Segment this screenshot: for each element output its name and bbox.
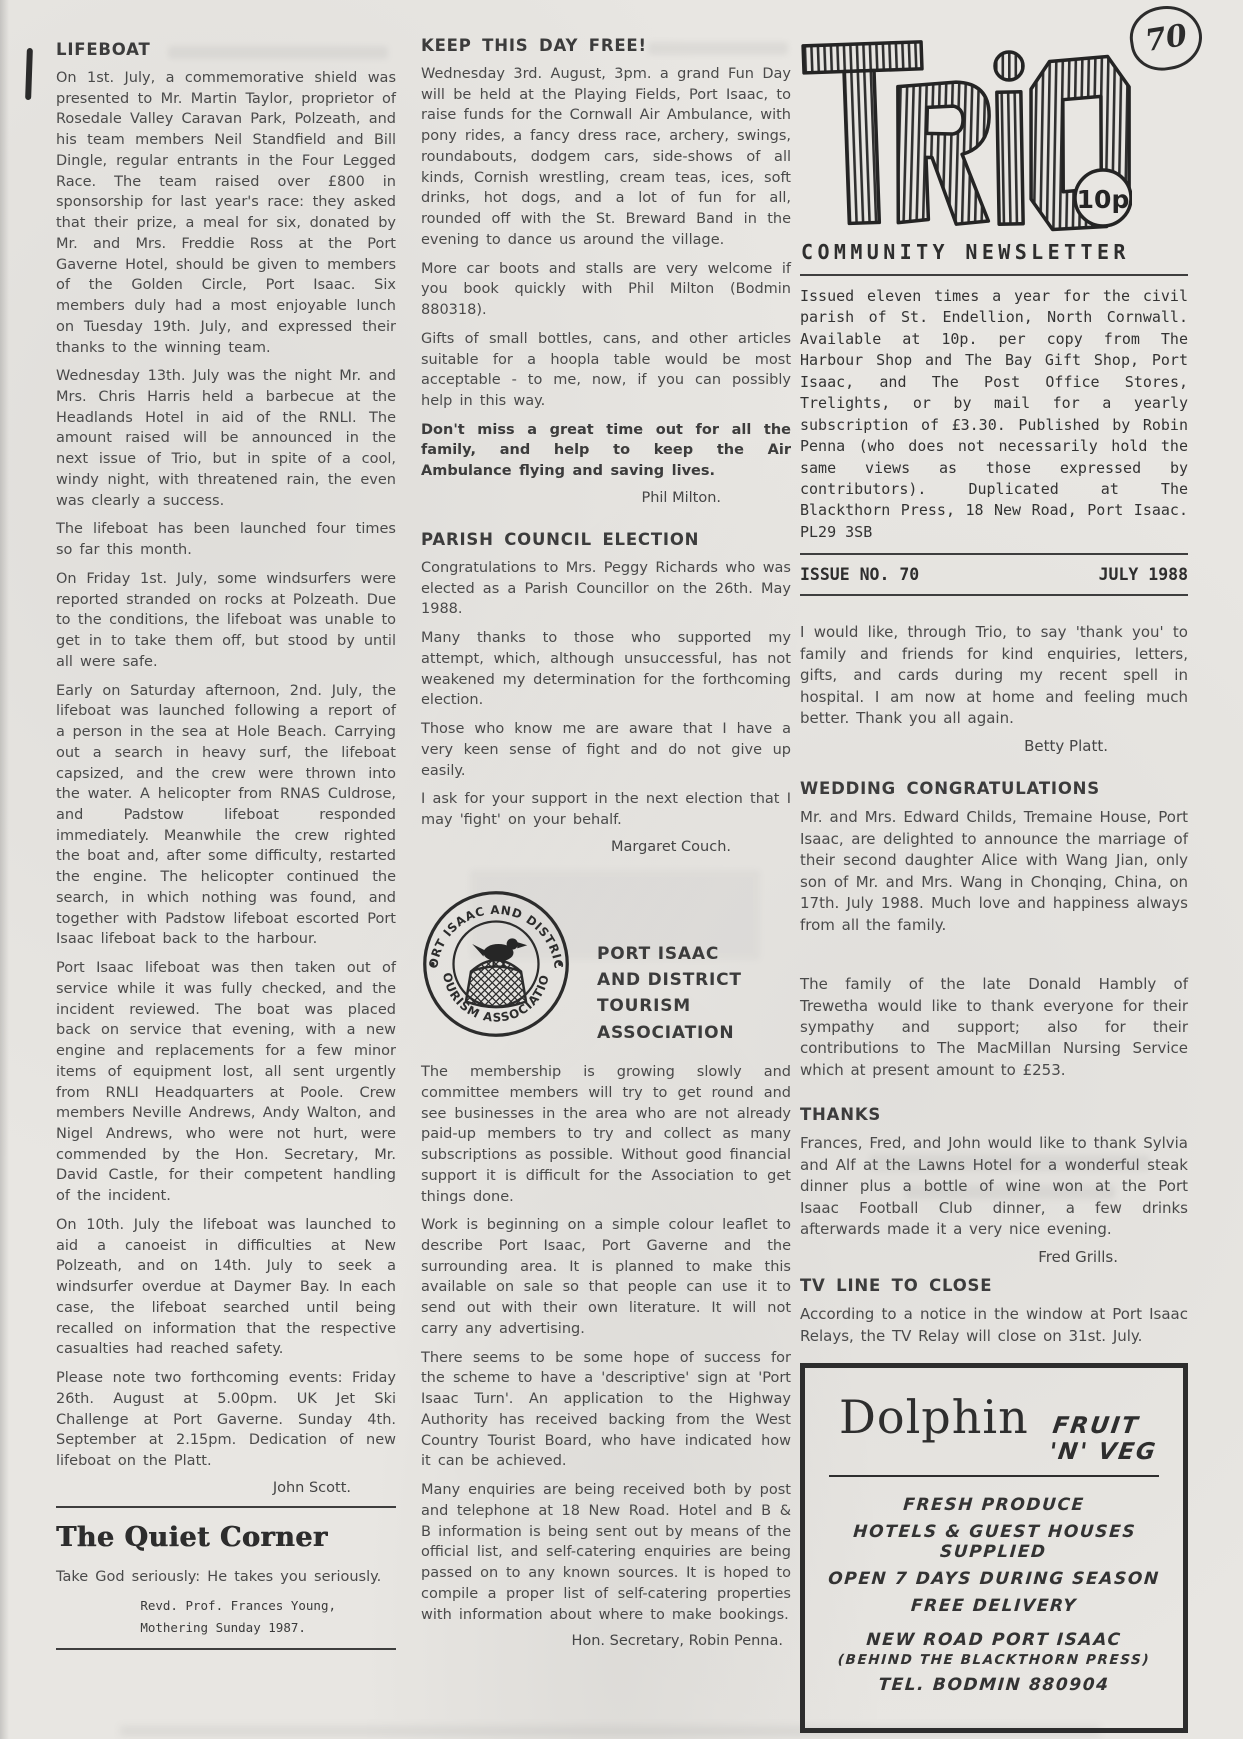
price-label: 10p bbox=[1077, 185, 1130, 214]
attribution-line: Mothering Sunday 1987. bbox=[140, 1617, 336, 1638]
tourism-association-title: PORT ISAAC AND DISTRICT TOURISM ASSOCIAT… bbox=[571, 889, 742, 1046]
paragraph: Those who know me are aware that I have … bbox=[421, 719, 791, 781]
tourism-logo-row: PORT ISAAC AND DISTRICT TOURISM ASSOCIAT… bbox=[421, 889, 791, 1046]
article-heading: KEEP THIS DAY FREE! bbox=[421, 36, 791, 55]
dolphin-advert: Dolphin FRUIT 'N' VEG FRESH PRODUCE HOTE… bbox=[800, 1363, 1188, 1733]
article-heading: WEDDING CONGRATULATIONS bbox=[800, 779, 1188, 798]
article-tourism-association: PORT ISAAC AND DISTRICT TOURISM ASSOCIAT… bbox=[421, 889, 791, 1649]
divider-rule bbox=[56, 1648, 396, 1650]
advert-title-row: Dolphin FRUIT 'N' VEG bbox=[823, 1394, 1165, 1465]
issue-date: JULY 1988 bbox=[1099, 565, 1188, 584]
ring-dot: • bbox=[429, 957, 437, 973]
paragraph: Wednesday 13th. July was the night Mr. a… bbox=[56, 366, 396, 511]
divider-rule bbox=[800, 553, 1188, 555]
signoff: Margaret Couch. bbox=[421, 839, 791, 855]
right-column: 10p COMMUNITY NEWSLETTER Issued eleven t… bbox=[800, 28, 1188, 1733]
advert-line: FREE DELIVERY bbox=[822, 1596, 1165, 1616]
article-hambly-thanks: The family of the late Donald Hambly of … bbox=[800, 974, 1188, 1081]
signoff: Fred Grills. bbox=[800, 1248, 1188, 1266]
paragraph: I would like, through Trio, to say 'than… bbox=[800, 622, 1188, 729]
article-heading: PARISH COUNCIL ELECTION bbox=[421, 530, 791, 549]
attribution-line: Revd. Prof. Frances Young, bbox=[140, 1595, 336, 1616]
divider-rule bbox=[800, 594, 1188, 596]
paragraph: Many enquiries are being received both b… bbox=[421, 1480, 791, 1625]
newsletter-page: { "page_number": "70", "masthead": { "lo… bbox=[0, 0, 1243, 1739]
article-tv-line: TV LINE TO CLOSE According to a notice i… bbox=[800, 1276, 1188, 1347]
paragraph: On 10th. July the lifeboat was launched … bbox=[56, 1215, 396, 1360]
bird-on-lobster-pot-icon bbox=[466, 938, 527, 1007]
quiet-corner-heading: The Quiet Corner bbox=[56, 1522, 396, 1553]
article-parish-council: PARISH COUNCIL ELECTION Congratulations … bbox=[421, 530, 791, 855]
imprint-text: Issued eleven times a year for the civil… bbox=[800, 286, 1188, 543]
article-heading: LIFEBOAT bbox=[56, 40, 396, 59]
advert-line: FRESH PRODUCE bbox=[822, 1495, 1165, 1515]
paragraph: More car boots and stalls are very welco… bbox=[421, 259, 791, 321]
paragraph: Many thanks to those who supported my at… bbox=[421, 628, 791, 711]
advert-line: NEW ROAD PORT ISAAC bbox=[822, 1630, 1165, 1650]
advert-line: TEL. BODMIN 880904 bbox=[822, 1675, 1165, 1695]
trio-logo: 10p bbox=[800, 28, 1132, 234]
paragraph: Gifts of small bottles, cans, and other … bbox=[421, 329, 791, 412]
advert-line: (BEHIND THE BLACKTHORN PRESS) bbox=[822, 1652, 1165, 1668]
paragraph: Work is beginning on a simple colour lea… bbox=[421, 1215, 791, 1339]
article-heading: TV LINE TO CLOSE bbox=[800, 1276, 1188, 1295]
paragraph-bold: Don't miss a great time out for all the … bbox=[421, 420, 791, 482]
paragraph: I ask for your support in the next elect… bbox=[421, 789, 791, 830]
article-wedding: WEDDING CONGRATULATIONS Mr. and Mrs. Edw… bbox=[800, 779, 1188, 936]
paragraph: On Friday 1st. July, some windsurfers we… bbox=[56, 569, 396, 673]
ring-dot: • bbox=[556, 957, 564, 973]
issue-line: ISSUE NO. 70 JULY 1988 bbox=[800, 565, 1188, 584]
article-heading: THANKS bbox=[800, 1105, 1188, 1124]
paragraph: According to a notice in the window at P… bbox=[800, 1304, 1188, 1347]
title-line: ASSOCIATION bbox=[597, 1020, 742, 1046]
paragraph: The membership is growing slowly and com… bbox=[421, 1062, 791, 1207]
advert-tagline: FRUIT 'N' VEG bbox=[1047, 1413, 1165, 1465]
article-keep-day-free: KEEP THIS DAY FREE! Wednesday 3rd. Augus… bbox=[421, 36, 791, 506]
title-line: AND DISTRICT bbox=[597, 967, 742, 993]
issue-number: ISSUE NO. 70 bbox=[800, 565, 919, 584]
letter-R bbox=[894, 81, 992, 225]
paragraph: Frances, Fred, and John would like to th… bbox=[800, 1133, 1188, 1240]
newsletter-subtitle: COMMUNITY NEWSLETTER bbox=[801, 240, 1188, 264]
divider-rule bbox=[829, 1475, 1159, 1477]
paragraph: The family of the late Donald Hambly of … bbox=[800, 974, 1188, 1081]
paragraph: There seems to be some hope of success f… bbox=[421, 1348, 791, 1472]
paragraph: The lifeboat has been launched four time… bbox=[56, 519, 396, 560]
title-line: PORT ISAAC bbox=[597, 941, 742, 967]
middle-column: KEEP THIS DAY FREE! Wednesday 3rd. Augus… bbox=[421, 36, 791, 1655]
paragraph: Please note two forthcoming events: Frid… bbox=[56, 1368, 396, 1472]
signoff: Betty Platt. bbox=[800, 737, 1188, 755]
article-lifeboat: LIFEBOAT On 1st. July, a commemorative s… bbox=[56, 40, 396, 1496]
signoff: Phil Milton. bbox=[421, 490, 791, 506]
paragraph: Congratulations to Mrs. Peggy Richards w… bbox=[421, 558, 791, 620]
masthead: 10p bbox=[800, 28, 1188, 234]
divider-rule bbox=[800, 274, 1188, 276]
paragraph: Port Isaac lifeboat was then taken out o… bbox=[56, 958, 396, 1207]
article-thank-you: I would like, through Trio, to say 'than… bbox=[800, 622, 1188, 755]
advert-business-name: Dolphin bbox=[839, 1394, 1029, 1440]
quiet-corner-attribution: Revd. Prof. Frances Young, Mothering Sun… bbox=[140, 1595, 336, 1638]
tourism-association-logo: PORT ISAAC AND DISTRICT TOURISM ASSOCIAT… bbox=[421, 889, 571, 1039]
paragraph: On 1st. July, a commemorative shield was… bbox=[56, 68, 396, 358]
pen-mark bbox=[25, 48, 33, 100]
signoff: John Scott. bbox=[56, 1480, 396, 1496]
left-column: LIFEBOAT On 1st. July, a commemorative s… bbox=[56, 40, 396, 1660]
section-quiet-corner: The Quiet Corner Take God seriously: He … bbox=[56, 1506, 396, 1650]
paragraph: Mr. and Mrs. Edward Childs, Tremaine Hou… bbox=[800, 807, 1188, 936]
letter-i bbox=[995, 52, 1023, 224]
divider-rule bbox=[56, 1506, 396, 1508]
paragraph: Early on Saturday afternoon, 2nd. July, … bbox=[56, 681, 396, 951]
signoff: Hon. Secretary, Robin Penna. bbox=[421, 1633, 791, 1649]
title-line: TOURISM bbox=[597, 993, 742, 1019]
paragraph: Wednesday 3rd. August, 3pm. a grand Fun … bbox=[421, 64, 791, 251]
scan-edge-shadow bbox=[0, 0, 9, 1739]
advert-line: OPEN 7 DAYS DURING SEASON bbox=[822, 1569, 1165, 1589]
quiet-corner-text: Take God seriously: He takes you serious… bbox=[56, 1567, 396, 1588]
article-thanks: THANKS Frances, Fred, and John would lik… bbox=[800, 1105, 1188, 1266]
advert-line: HOTELS & GUEST HOUSES SUPPLIED bbox=[822, 1522, 1167, 1562]
